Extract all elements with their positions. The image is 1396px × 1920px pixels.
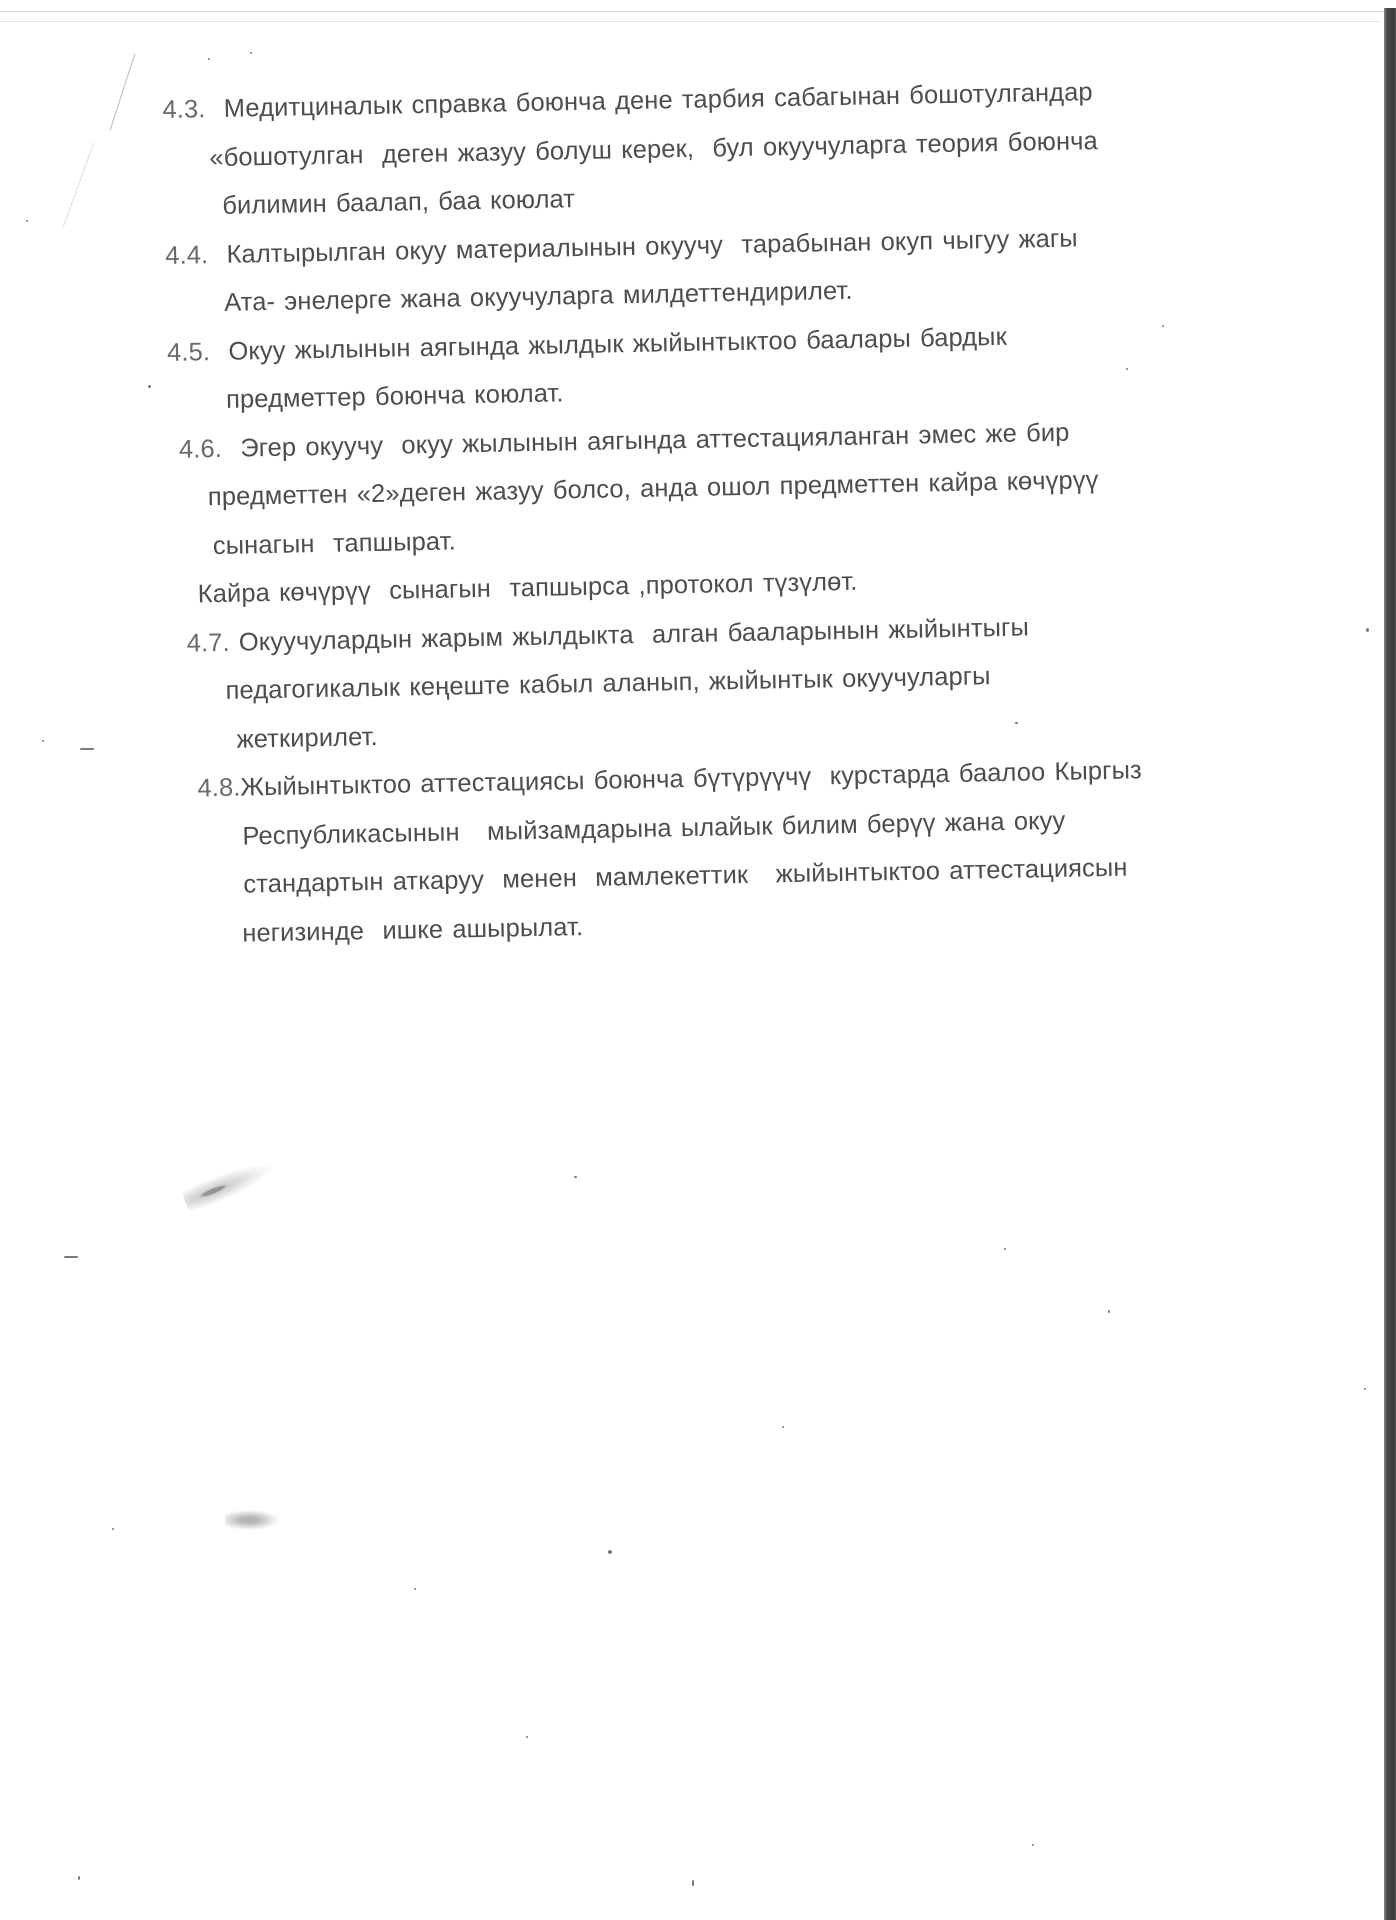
section-number: 4.4. — [165, 241, 208, 270]
scan-smudge — [225, 1508, 285, 1532]
scan-scratch — [63, 143, 95, 228]
section-number: 4.3. — [162, 95, 205, 124]
scan-smudge — [179, 1141, 302, 1214]
section-number: 4.6. — [179, 434, 222, 463]
scan-border — [1384, 8, 1396, 1920]
section-number: 4.7. — [186, 628, 229, 657]
section-number: 4.5. — [167, 338, 210, 367]
scan-edge-line — [0, 21, 1380, 22]
scanned-page: 4.3. Медитциналык справка боюнча дене та… — [0, 0, 1384, 1920]
scan-edge-line — [0, 11, 1385, 12]
document-body: 4.3. Медитциналык справка боюнча дене та… — [162, 65, 1259, 959]
scan-scratch — [110, 54, 136, 130]
section-number: 4.8. — [197, 774, 240, 803]
